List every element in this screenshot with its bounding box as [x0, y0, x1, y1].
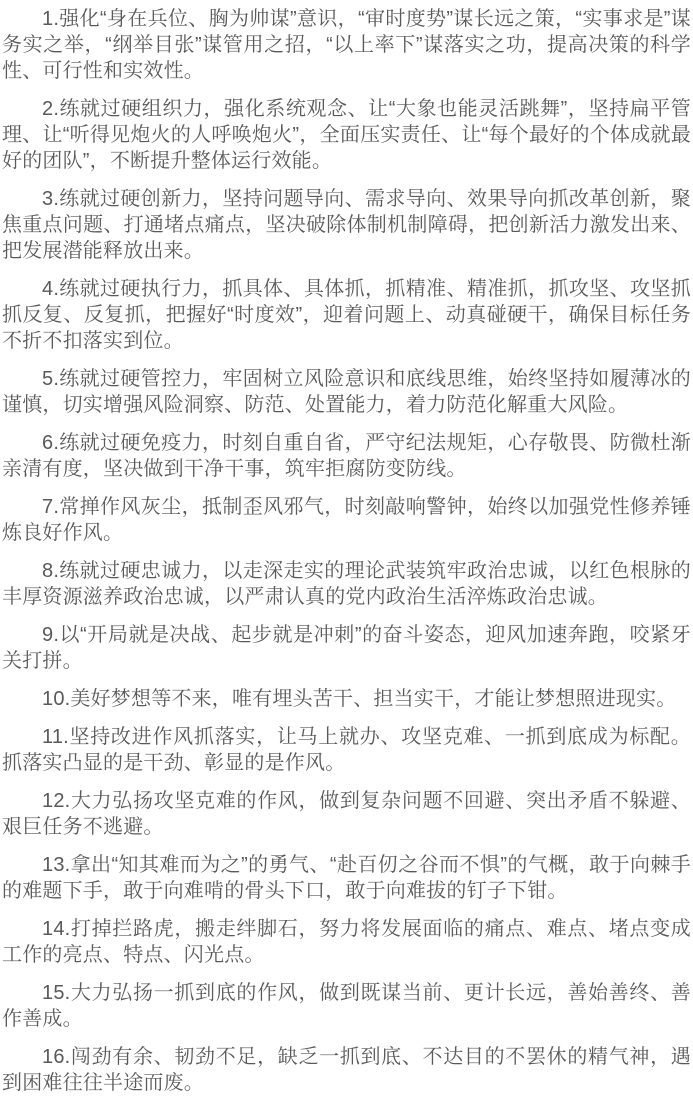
paragraph-6: 6.练就过硬免疫力，时刻自重自省，严守纪法规矩，心存敬畏、防微杜渐亲清有度，坚决…: [2, 430, 691, 482]
paragraph-5: 5.练就过硬管控力，牢固树立风险意识和底线思维，始终坚持如履薄冰的谨慎，切实增强…: [2, 366, 691, 418]
paragraph-2: 2.练就过硬组织力，强化系统观念、让“大象也能灵活跳舞”，坚持扁平管理、让“听得…: [2, 96, 691, 174]
paragraph-7: 7.常掸作风灰尘，抵制歪风邪气，时刻敲响警钟，始终以加强党性修养锤炼良好作风。: [2, 494, 691, 546]
paragraph-3: 3.练就过硬创新力，坚持问题导向、需求导向、效果导向抓改革创新，聚焦重点问题、打…: [2, 186, 691, 264]
paragraph-1: 1.强化“身在兵位、胸为帅谋”意识，“审时度势”谋长远之策，“实事求是”谋务实之…: [2, 6, 691, 84]
paragraph-16: 16.闯劲有余、韧劲不足，缺乏一抓到底、不达目的不罢休的精气神，遇到困难往往半途…: [2, 1044, 691, 1096]
paragraph-13: 13.拿出“知其难而为之”的勇气、“赴百仞之谷而不惧”的气概，敢于向棘手的难题下…: [2, 852, 691, 904]
article-body: 1.强化“身在兵位、胸为帅谋”意识，“审时度势”谋长远之策，“实事求是”谋务实之…: [0, 0, 693, 1096]
paragraph-4: 4.练就过硬执行力，抓具体、具体抓，抓精准、精准抓，抓攻坚、攻坚抓抓反复、反复抓…: [2, 276, 691, 354]
paragraph-15: 15.大力弘扬一抓到底的作风，做到既谋当前、更计长远，善始善终、善作善成。: [2, 980, 691, 1032]
paragraph-9: 9.以“开局就是决战、起步就是冲刺”的奋斗姿态，迎风加速奔跑，咬紧牙关打拼。: [2, 622, 691, 674]
paragraph-14: 14.打掉拦路虎，搬走绊脚石，努力将发展面临的痛点、难点、堵点变成工作的亮点、特…: [2, 916, 691, 968]
paragraph-11: 11.坚持改进作风抓落实，让马上就办、攻坚克难、一抓到底成为标配。抓落实凸显的是…: [2, 724, 691, 776]
paragraph-8: 8.练就过硬忠诚力，以走深走实的理论武装筑牢政治忠诚，以红色根脉的丰厚资源滋养政…: [2, 558, 691, 610]
paragraph-12: 12.大力弘扬攻坚克难的作风，做到复杂问题不回避、突出矛盾不躲避、艰巨任务不逃避…: [2, 788, 691, 840]
paragraph-10: 10.美好梦想等不来，唯有埋头苦干、担当实干，才能让梦想照进现实。: [2, 686, 691, 712]
